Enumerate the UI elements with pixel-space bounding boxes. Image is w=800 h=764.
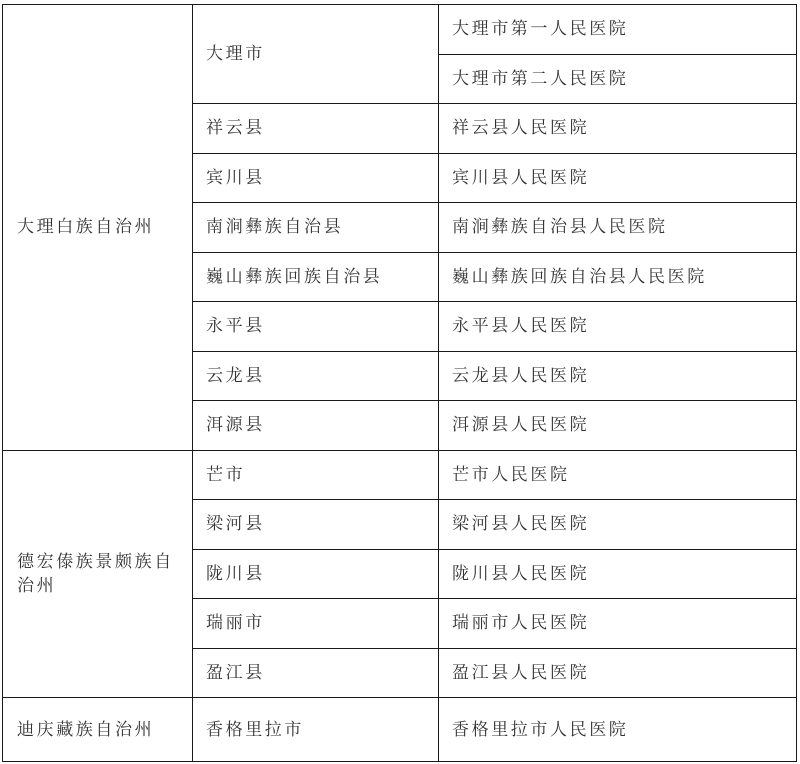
hospital-cell: 大理市第二人民医院 <box>439 54 797 104</box>
county-cell: 巍山彝族回族自治县 <box>193 252 439 302</box>
hospital-cell: 大理市第一人民医院 <box>439 5 797 55</box>
hospital-cell: 南涧彝族自治县人民医院 <box>439 203 797 253</box>
hospital-cell: 祥云县人民医院 <box>439 104 797 154</box>
hospital-cell: 巍山彝族回族自治县人民医院 <box>439 252 797 302</box>
prefecture-cell: 大理白族自治州 <box>3 5 193 451</box>
hospital-table: 大理白族自治州 大理市 大理市第一人民医院 大理市第二人民医院 祥云县 祥云县人… <box>2 4 797 762</box>
county-cell: 祥云县 <box>193 104 439 154</box>
county-cell: 盈江县 <box>193 648 439 698</box>
county-cell: 大理市 <box>193 5 439 104</box>
hospital-cell: 洱源县人民医院 <box>439 401 797 451</box>
hospital-cell: 云龙县人民医院 <box>439 351 797 401</box>
hospital-cell: 宾川县人民医院 <box>439 153 797 203</box>
county-cell: 香格里拉市 <box>193 698 439 762</box>
hospital-cell: 香格里拉市人民医院 <box>439 698 797 762</box>
prefecture-cell: 德宏傣族景颇族自治州 <box>3 450 193 698</box>
hospital-cell: 梁河县人民医院 <box>439 500 797 550</box>
hospital-cell: 瑞丽市人民医院 <box>439 599 797 649</box>
county-cell: 洱源县 <box>193 401 439 451</box>
hospital-cell: 永平县人民医院 <box>439 302 797 352</box>
table-row: 大理白族自治州 大理市 大理市第一人民医院 <box>3 5 797 55</box>
hospital-cell: 盈江县人民医院 <box>439 648 797 698</box>
prefecture-cell: 迪庆藏族自治州 <box>3 698 193 762</box>
county-cell: 永平县 <box>193 302 439 352</box>
hospital-cell: 陇川县人民医院 <box>439 549 797 599</box>
county-cell: 陇川县 <box>193 549 439 599</box>
county-cell: 宾川县 <box>193 153 439 203</box>
hospital-cell: 芒市人民医院 <box>439 450 797 500</box>
county-cell: 芒市 <box>193 450 439 500</box>
county-cell: 梁河县 <box>193 500 439 550</box>
county-cell: 瑞丽市 <box>193 599 439 649</box>
table-row: 德宏傣族景颇族自治州 芒市 芒市人民医院 <box>3 450 797 500</box>
county-cell: 南涧彝族自治县 <box>193 203 439 253</box>
county-cell: 云龙县 <box>193 351 439 401</box>
table-row: 迪庆藏族自治州 香格里拉市 香格里拉市人民医院 <box>3 698 797 762</box>
